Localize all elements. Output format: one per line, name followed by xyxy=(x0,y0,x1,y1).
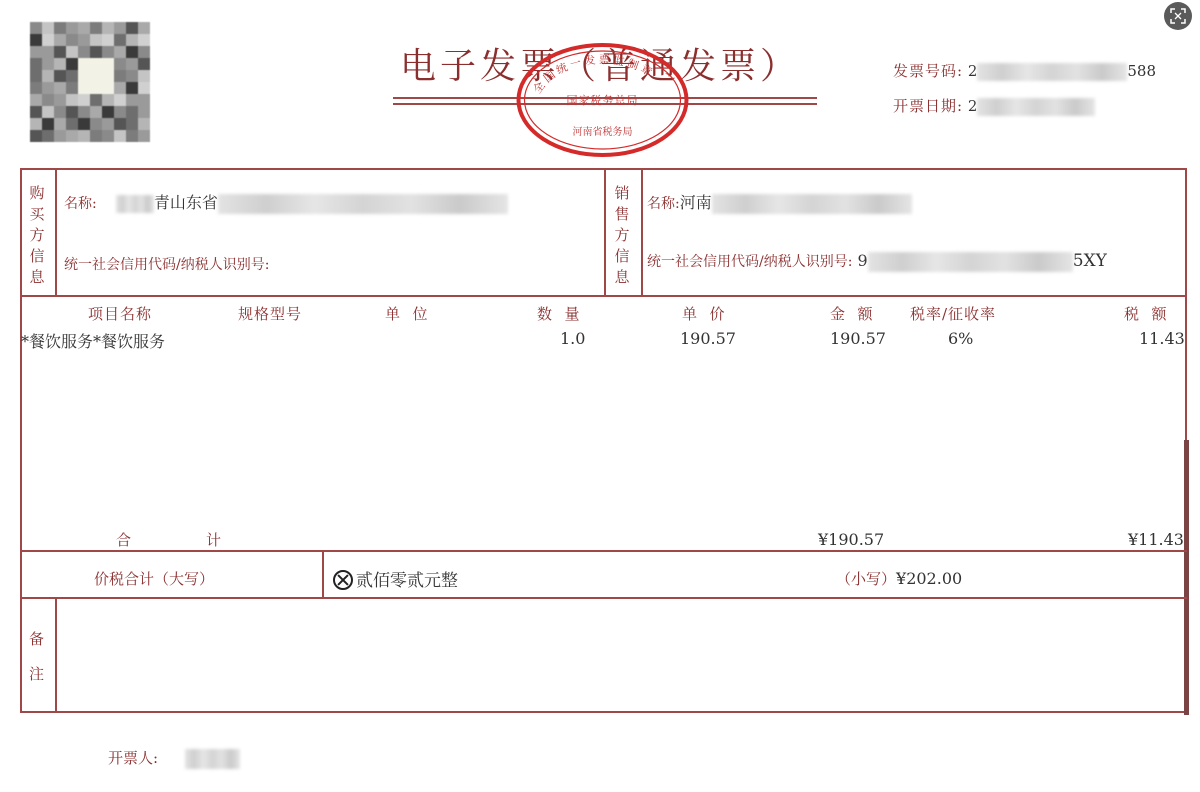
divider xyxy=(20,550,1187,552)
qr-code xyxy=(30,22,150,142)
remarks-label-1: 备 xyxy=(29,628,44,649)
item-price: 190.57 xyxy=(680,329,736,348)
total-label-1: 合 xyxy=(116,529,131,550)
stamp-middle-text: 国家税务总局 xyxy=(567,93,639,107)
stamp-bottom-text: 河南省税务局 xyxy=(573,125,633,138)
seller-section-label: 销售方信息 xyxy=(612,183,632,288)
buyer-name-visible: 青山东省 xyxy=(154,193,218,212)
item-qty: 1.0 xyxy=(560,329,585,348)
redacted-block xyxy=(977,98,1095,116)
item-name: *餐饮服务*餐饮服务 xyxy=(21,329,165,352)
issue-date: 开票日期: 2 xyxy=(893,95,1095,116)
issue-date-prefix: 2 xyxy=(968,97,978,115)
redacted-block xyxy=(712,194,912,214)
invoice-number: 发票号码: 2588 xyxy=(893,60,1156,81)
redacted-block xyxy=(977,63,1127,81)
image-search-button[interactable] xyxy=(1164,2,1192,30)
official-stamp: 全国统一发票监制章 国家税务总局 河南省税务局 xyxy=(515,42,690,158)
seller-tax-id-label: 统一社会信用代码/纳税人识别号: xyxy=(647,254,852,270)
invoice-number-prefix: 2 xyxy=(968,62,978,80)
item-amount: 190.57 xyxy=(830,329,886,348)
divider xyxy=(55,597,57,713)
col-price: 单 价 xyxy=(682,303,726,324)
remarks-label-2: 注 xyxy=(29,663,44,684)
seller-tax-id-suffix: 5XY xyxy=(1073,251,1107,271)
scan-icon xyxy=(1170,8,1186,24)
grand-total-lowercase: ¥202.00 xyxy=(896,569,962,588)
col-amount: 金 额 xyxy=(830,303,874,324)
col-tax-rate: 税率/征收率 xyxy=(910,303,996,324)
col-item-name: 项目名称 xyxy=(88,303,152,324)
buyer-tax-id-label: 统一社会信用代码/纳税人识别号: xyxy=(64,254,269,274)
col-qty: 数 量 xyxy=(537,303,581,324)
redacted-block xyxy=(868,252,1073,272)
issue-date-label: 开票日期: xyxy=(893,97,963,115)
grand-total-uppercase: 贰佰零贰元整 xyxy=(333,566,458,591)
divider xyxy=(604,168,606,296)
issuer-label: 开票人: xyxy=(108,749,158,767)
redacted-block xyxy=(116,195,154,213)
seller-tax-id-prefix: 9 xyxy=(858,251,868,270)
invoice-number-suffix: 588 xyxy=(1127,62,1156,80)
buyer-name-label: 名称: xyxy=(64,196,97,212)
col-tax: 税 额 xyxy=(1124,303,1168,324)
issuer: 开票人: xyxy=(108,747,240,769)
item-tax-rate: 6% xyxy=(948,329,973,348)
total-tax: ¥11.43 xyxy=(1128,530,1184,549)
grand-total-label: 价税合计（大写） xyxy=(94,568,214,589)
seller-name-visible: 河南 xyxy=(680,193,712,212)
col-spec: 规格型号 xyxy=(238,303,302,324)
redacted-block xyxy=(218,194,508,214)
redacted-block xyxy=(185,749,240,769)
divider xyxy=(641,168,643,296)
seller-name-label: 名称: xyxy=(647,196,680,212)
invoice-number-label: 发票号码: xyxy=(893,62,963,80)
buyer-section-label: 购买方信息 xyxy=(27,183,47,288)
col-unit: 单 位 xyxy=(385,303,429,324)
lowercase-label: （小写） xyxy=(836,570,896,588)
item-tax: 11.43 xyxy=(1139,329,1185,348)
divider xyxy=(55,168,57,296)
total-amount: ¥190.57 xyxy=(818,530,884,549)
border-artifact xyxy=(1184,440,1189,715)
divider xyxy=(20,597,1187,599)
divider xyxy=(322,550,324,598)
total-label-2: 计 xyxy=(206,529,221,550)
circle-x-icon xyxy=(333,570,353,590)
